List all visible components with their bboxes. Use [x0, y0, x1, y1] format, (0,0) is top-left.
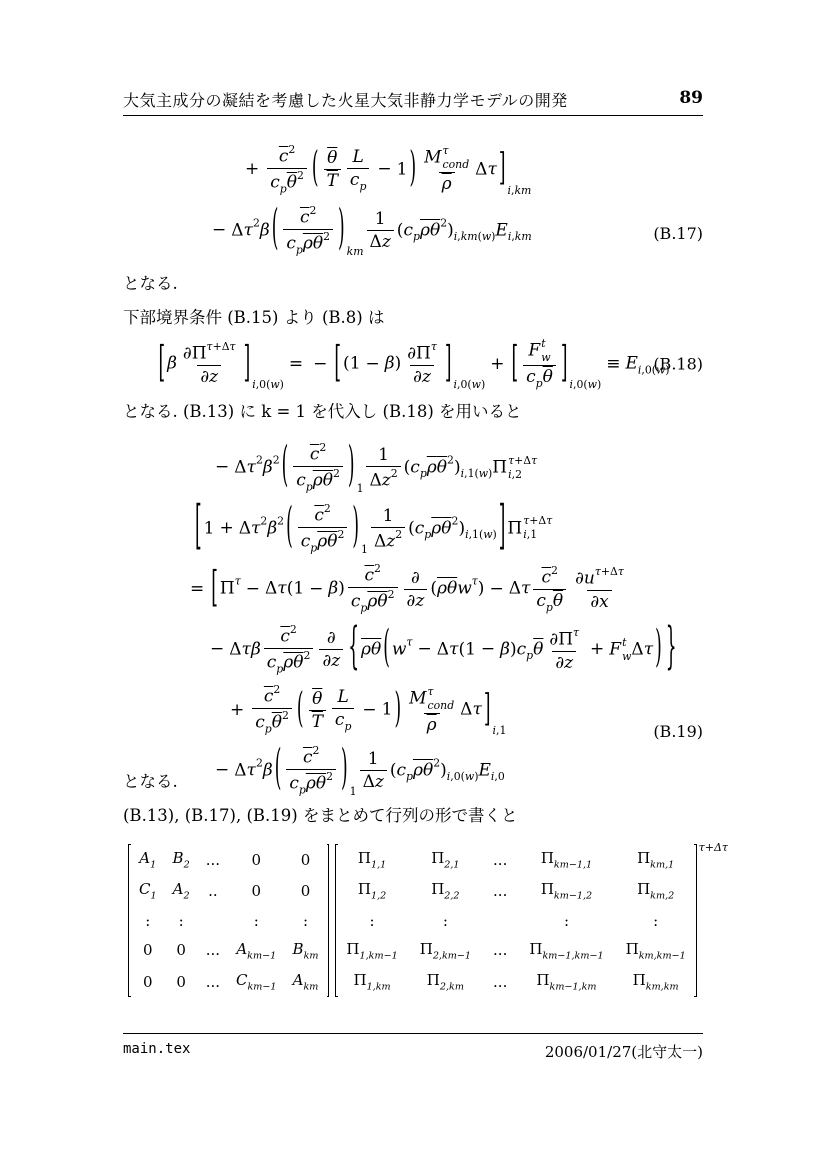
- paragraph-tonaru-1: となる.: [123, 272, 178, 295]
- equation-B19: −Δτ2β2(c2cpρθ2)11Δz2(cpρθ2)i,1(w)Πτ+Δτi,…: [123, 434, 703, 805]
- math-token: 1: [380, 505, 397, 527]
- math-token: km−1: [247, 950, 276, 961]
- math-token: 2: [309, 204, 316, 217]
- matrix-cell: :: [179, 912, 184, 930]
- math-token: t: [622, 636, 626, 649]
- math-fraction: c2cpρθ2: [293, 441, 343, 495]
- math-fraction: c2cpρθ2: [298, 502, 348, 556]
- math-fraction: Mτcondρ: [406, 685, 457, 736]
- math-token: p: [344, 720, 351, 733]
- math-token: t: [622, 636, 626, 650]
- math-token: ρ: [437, 579, 447, 599]
- math-token: ρ: [303, 233, 313, 253]
- math-token: F: [609, 639, 621, 659]
- math-token: ρ: [424, 713, 440, 736]
- math-token: β: [263, 760, 273, 780]
- math-token: w: [392, 639, 407, 659]
- math-token: C: [139, 880, 150, 898]
- math-superscript: 2: [551, 564, 558, 577]
- matrix-cell: Bkm: [293, 940, 319, 961]
- math-subscript: p: [265, 723, 272, 736]
- math-token: Ftw: [525, 337, 553, 365]
- math-token: km,km−1: [639, 950, 686, 961]
- equation-number-B19: (B.19): [653, 722, 703, 741]
- math-token: Π: [192, 344, 207, 364]
- math-superscript: 2: [312, 744, 319, 757]
- math-token: τ: [235, 575, 241, 588]
- math-fraction: ∂Πτ∂z: [404, 340, 440, 388]
- math-token: z: [209, 367, 218, 387]
- math-token: km: [304, 950, 319, 961]
- math-token: km−1,km: [550, 981, 597, 992]
- math-token: ∂: [200, 367, 209, 387]
- math-token: L: [350, 146, 367, 168]
- matrix-cell: :: [254, 912, 259, 930]
- math-token: ρ: [367, 592, 377, 612]
- math-subscript: p: [344, 720, 351, 733]
- math-token: 2: [256, 757, 263, 770]
- math-superscript: 2: [374, 562, 381, 575]
- math-token: ρ: [361, 639, 371, 659]
- math-token: 2,km−1: [433, 950, 471, 961]
- math-token: =: [190, 579, 204, 599]
- math-token: 1: [357, 482, 364, 495]
- footer-filename: main.tex: [123, 1041, 190, 1057]
- math-token: −: [313, 354, 327, 374]
- math-token: km: [347, 245, 364, 258]
- math-token: z: [422, 367, 431, 387]
- equation-B19-lines: −Δτ2β2(c2cpρθ2)11Δz2(cpρθ2)i,1(w)Πτ+Δτi,…: [123, 441, 703, 798]
- math-token: L: [353, 147, 364, 167]
- math-token: A: [139, 849, 150, 867]
- math-token: 2: [337, 528, 344, 541]
- math-token: −: [309, 579, 323, 599]
- math-token: −: [215, 457, 229, 477]
- math-token: −: [366, 354, 380, 374]
- math-token: c: [542, 567, 552, 587]
- math-token: Δ: [374, 531, 386, 551]
- matrix-cell: ..: [208, 882, 218, 900]
- math-superscript: 2: [319, 441, 326, 454]
- math-token: 1: [350, 785, 357, 798]
- math-token: ρ: [427, 457, 437, 477]
- math-delimiter: ): [352, 505, 359, 553]
- math-token: 2: [333, 467, 340, 480]
- math-token: cond: [443, 158, 470, 172]
- math-token: Δ: [363, 772, 375, 792]
- math-superscript: 2: [388, 588, 395, 601]
- math-token: Π: [431, 880, 444, 898]
- math-token: ∂: [322, 651, 331, 671]
- math-token: p: [536, 377, 543, 390]
- math-token: ∂: [413, 367, 422, 387]
- math-token: θ: [309, 688, 325, 710]
- math-token: 2: [319, 441, 326, 454]
- math-token: :: [443, 912, 448, 930]
- math-subscript: i,1(w): [465, 528, 497, 541]
- matrix-cell: B2: [173, 849, 190, 870]
- math-token: A: [173, 880, 184, 898]
- math-delimiter: (: [282, 444, 289, 492]
- matrix-cell: Π1,1: [358, 849, 386, 870]
- math-token: Π: [416, 344, 431, 364]
- math-token: ): [454, 457, 461, 477]
- math-subscript-low: 1: [361, 543, 368, 556]
- math-fraction: c2cpθ: [533, 564, 566, 615]
- math-superscript: 2: [253, 216, 260, 229]
- math-token: c: [267, 652, 277, 672]
- math-token: τ: [277, 579, 286, 599]
- math-token: Π: [637, 849, 650, 867]
- math-token: Π: [536, 971, 549, 989]
- math-fraction: 1Δz: [360, 748, 387, 793]
- math-delimiter: ]: [499, 502, 506, 555]
- math-token: ): [478, 579, 485, 599]
- math-token: 2: [324, 502, 331, 515]
- matrix-cell: :: [145, 912, 150, 930]
- matrix-cell: ...: [493, 851, 507, 869]
- math-fraction: c2cpρθ2: [348, 562, 398, 616]
- math-token: τ: [428, 685, 434, 699]
- math-token: ∂: [590, 592, 599, 612]
- math-token: ): [447, 220, 454, 240]
- math-token: w: [622, 650, 631, 664]
- math-token: km,1: [650, 859, 674, 870]
- math-token: Δ: [475, 159, 487, 179]
- math-token: Π: [420, 940, 433, 958]
- math-fraction: c2cpθ2: [267, 143, 307, 197]
- math-token: θ: [447, 579, 457, 599]
- math-token: β: [385, 354, 395, 374]
- math-token: 1: [499, 724, 506, 737]
- math-token: τ: [531, 454, 537, 467]
- math-token: τ: [247, 760, 256, 780]
- math-token: p: [359, 180, 366, 193]
- matrix-cell: 0: [143, 973, 153, 991]
- math-token: T: [312, 712, 323, 732]
- math-token: 2: [288, 143, 295, 156]
- equation-line: −Δτ2β(c2cpρθ2)km1Δz(cpρθ2)i,km(w)Ei,km: [123, 204, 703, 258]
- math-token: c: [364, 566, 374, 586]
- matrix-cell: Π2,km−1: [420, 940, 471, 961]
- math-token: ρ: [431, 518, 441, 538]
- math-token: cpθ2: [267, 168, 307, 197]
- math-token: c: [314, 505, 324, 525]
- math-token: ...: [493, 882, 507, 900]
- math-delimiter: ): [409, 149, 416, 190]
- math-subscript: i,0: [491, 770, 505, 783]
- matrix-cell: :: [370, 912, 375, 930]
- math-fraction: c2cpρθ2: [264, 623, 314, 677]
- math-token: ∂z: [410, 365, 434, 388]
- paragraph-boundary-condition: 下部境界条件 (B.15) より (B.8) は: [123, 306, 384, 329]
- math-delimiter: ]: [445, 343, 452, 386]
- math-token: T: [324, 169, 341, 192]
- math-token: Δ: [222, 340, 230, 353]
- coefficient-matrix: A1B2...00C1A2..00::::00...Akm−1Bkm00...C…: [131, 844, 327, 997]
- math-delimiter: [: [195, 502, 202, 555]
- math-token: E: [495, 220, 507, 240]
- math-token: 2,km: [440, 981, 464, 992]
- math-token: L: [338, 687, 349, 707]
- math-token: 0: [252, 851, 262, 869]
- math-subscript: i,0(w): [447, 770, 479, 783]
- math-superscript: τ: [406, 635, 412, 648]
- math-token: cpθ: [533, 589, 566, 615]
- math-token: τ: [573, 626, 579, 639]
- math-token: θ: [371, 639, 381, 659]
- math-token: ): [597, 378, 601, 391]
- math-token: ∂Πτ: [404, 340, 440, 365]
- math-token: c2: [297, 204, 319, 229]
- math-subscript: p: [420, 467, 427, 480]
- math-token: τ: [406, 635, 412, 648]
- math-token: Δz: [360, 770, 387, 793]
- math-token: τ: [546, 514, 552, 527]
- math-subscript: p: [280, 182, 287, 195]
- math-token: B: [173, 849, 184, 867]
- math-token: 1: [150, 859, 156, 870]
- math-token: w: [472, 378, 481, 391]
- math-token: A: [236, 940, 247, 958]
- math-token: 2: [273, 683, 280, 696]
- matrix-cell: Π1,2: [358, 880, 386, 901]
- math-token: M: [409, 688, 426, 708]
- math-token: 1,2: [371, 891, 386, 902]
- math-token: Δ: [369, 471, 381, 491]
- math-token: θ: [553, 591, 563, 611]
- math-token: ...: [493, 941, 507, 959]
- math-token: +: [230, 700, 244, 720]
- math-token: M: [424, 148, 441, 168]
- math-token: Mτcond: [406, 685, 457, 713]
- math-token: ...: [206, 851, 220, 869]
- matrix-cell: Π2,1: [431, 849, 459, 870]
- math-token: c: [517, 639, 527, 659]
- math-supsub-stack: τcond: [428, 685, 455, 713]
- math-token: Δz: [367, 230, 394, 253]
- math-token: Δ: [231, 220, 243, 240]
- matrix-cell: ...: [206, 941, 220, 959]
- math-token: cpρθ2: [283, 229, 333, 258]
- paper-page: 大気主成分の凝結を考慮した火星大気非静力学モデルの開発 89 +c2cpθ2(θ…: [0, 0, 826, 1169]
- math-token: p: [280, 182, 287, 195]
- math-token: 2: [515, 468, 522, 481]
- equation-B18-lines: [β∂Πτ+Δτ∂z]i,0(w)=−[(1−β)∂Πτ∂z]i,0(w)+[F…: [123, 337, 703, 391]
- math-token: (: [430, 579, 437, 599]
- math-token: Π: [558, 629, 573, 649]
- math-superscript: 2: [447, 454, 454, 467]
- math-subscript: p: [413, 230, 420, 243]
- math-delimiter: [: [211, 568, 218, 611]
- math-superscript: 2: [297, 169, 304, 182]
- math-token: 2,2: [444, 891, 459, 902]
- math-token: ...: [493, 973, 507, 991]
- math-token: ∂x: [587, 590, 611, 613]
- math-token: +: [219, 518, 233, 538]
- math-superscript: 2: [273, 454, 280, 467]
- math-fraction: Lcp: [332, 686, 355, 734]
- math-token: c2: [277, 623, 299, 648]
- math-token: +: [213, 340, 222, 353]
- math-token: ∂uτ+Δτ: [572, 565, 627, 590]
- math-token: θ: [272, 713, 282, 733]
- math-token: Π: [346, 940, 359, 958]
- math-token: τ+Δτ: [523, 514, 552, 528]
- math-supsub-stack: tw: [541, 337, 550, 365]
- math-token: z: [375, 772, 384, 792]
- math-token: Δ: [460, 700, 472, 720]
- math-token: w: [483, 528, 492, 541]
- matrix-cell: Π1,km−1: [346, 940, 397, 961]
- math-token: z: [386, 531, 395, 551]
- math-subscript: p: [359, 180, 366, 193]
- equation-number-B18: (B.18): [653, 355, 703, 374]
- math-token: ): [440, 760, 447, 780]
- math-token: ρ: [420, 220, 430, 240]
- math-token: km,km: [646, 981, 679, 992]
- math-token: Π: [358, 880, 371, 898]
- equation-number-B17: (B.17): [653, 224, 703, 243]
- math-token: ∂: [327, 628, 336, 648]
- math-superscript: 2: [282, 709, 289, 722]
- math-token: :: [254, 912, 259, 930]
- math-token: 0: [301, 882, 311, 900]
- math-token: ∂: [549, 629, 558, 649]
- math-token: Π: [353, 971, 366, 989]
- math-token: 2: [183, 891, 189, 902]
- math-token: p: [306, 480, 313, 493]
- footer-date-author: 2006/01/27(北守太一): [545, 1041, 703, 1062]
- math-token: ): [280, 378, 284, 391]
- math-token: c: [396, 760, 406, 780]
- math-subscript-low: 1: [357, 482, 364, 495]
- math-token: 1: [368, 749, 379, 769]
- paragraph-matrix-form: (B.13), (B.17), (B.19) をまとめて行列の形で書くと: [123, 804, 517, 827]
- math-token: c2: [361, 562, 383, 587]
- math-token: 1: [465, 639, 476, 659]
- math-token: 2: [395, 528, 402, 541]
- math-subscript: p: [299, 784, 306, 797]
- math-token: 2: [447, 454, 454, 467]
- matrix-cell: Π2,km: [427, 971, 464, 992]
- math-subscript-low: i,1: [492, 724, 506, 737]
- math-token: 0: [301, 851, 311, 869]
- math-token: c2: [307, 441, 329, 466]
- matrix-cell: Πkm−1,km: [536, 971, 596, 992]
- math-token: τ: [247, 457, 256, 477]
- math-fraction: 1Δz: [367, 208, 394, 253]
- equation-line: [1+Δτ2β2(c2cpρθ2)11Δz2(cpρθ2)i,1(w)]Πτ+Δ…: [123, 502, 703, 556]
- math-token: Δ: [509, 579, 521, 599]
- math-token: km: [461, 230, 478, 243]
- math-token: +: [245, 159, 259, 179]
- math-token: =: [289, 354, 303, 374]
- math-token: −: [210, 639, 224, 659]
- math-token: τ: [242, 639, 251, 659]
- math-token: w: [465, 770, 474, 783]
- math-token: km−1,2: [554, 891, 592, 902]
- math-delimiter: (: [272, 207, 279, 255]
- math-token: z: [564, 653, 573, 673]
- math-token: −: [489, 579, 503, 599]
- math-token: :: [653, 912, 658, 930]
- math-token: ): [481, 378, 485, 391]
- matrix-cell: :: [564, 912, 569, 930]
- math-token: τ: [487, 159, 496, 179]
- math-superscript: 2: [304, 649, 311, 662]
- math-supsub-stack: tw: [622, 636, 631, 664]
- math-superscript: 2: [391, 467, 398, 480]
- math-token: ): [510, 639, 517, 659]
- math-token: −: [362, 700, 376, 720]
- math-fraction: ∂Πτ∂z: [546, 626, 582, 674]
- math-token: i,1: [523, 528, 537, 542]
- math-token: τ+Δτ: [508, 454, 537, 468]
- equation-line: −Δτ2β(c2cpρθ2)11Δz(cpρθ2)i,0(w)Ei,0: [123, 744, 703, 798]
- math-superscript: 2: [323, 230, 330, 243]
- math-token: c2: [539, 564, 561, 589]
- math-delimiter: ): [655, 628, 662, 672]
- math-superscript: 2: [277, 514, 284, 527]
- math-token: Π: [637, 880, 650, 898]
- math-fraction: ∂∂z: [319, 627, 343, 672]
- math-delimiter: (: [297, 690, 304, 731]
- math-token: u: [584, 569, 595, 589]
- math-token: 1: [365, 748, 382, 770]
- math-token: +: [514, 454, 523, 467]
- math-subscript: p: [546, 600, 553, 613]
- math-delimiter: }: [666, 625, 677, 674]
- math-token: 0: [645, 364, 652, 377]
- math-token: β: [328, 579, 338, 599]
- equation-B18: [β∂Πτ+Δτ∂z]i,0(w)=−[(1−β)∂Πτ∂z]i,0(w)+[F…: [123, 330, 703, 398]
- math-token: τ: [443, 144, 449, 157]
- math-token: −: [215, 760, 229, 780]
- math-token: cp: [347, 168, 370, 194]
- math-token: c: [351, 592, 361, 612]
- math-subscript-low: i,km: [507, 184, 531, 197]
- math-token: θ: [437, 457, 447, 477]
- math-token: c: [296, 471, 306, 491]
- math-delimiter: (: [275, 747, 282, 795]
- math-token: w: [588, 378, 597, 391]
- math-token: c: [526, 367, 536, 387]
- math-token: w: [479, 467, 488, 480]
- matrix-equation: A1B2...00C1A2..00::::00...Akm−1Bkm00...C…: [128, 844, 728, 997]
- paragraph-tonaru-2: となる.: [123, 770, 178, 793]
- matrix-cell: ...: [206, 851, 220, 869]
- math-delimiter: [: [158, 343, 165, 386]
- math-token: w: [541, 351, 550, 365]
- math-token: E: [625, 354, 637, 374]
- math-token: θ: [377, 592, 387, 612]
- math-fraction: Mτcondρ: [421, 144, 472, 195]
- math-token: p: [413, 230, 420, 243]
- math-token: 2: [304, 649, 311, 662]
- matrix-cell: 0: [301, 882, 311, 900]
- math-token: θ: [327, 148, 337, 168]
- math-token: E: [478, 760, 490, 780]
- math-subscript: i,1(w): [461, 467, 493, 480]
- math-token: km−1,km−1: [542, 950, 603, 961]
- math-token: ∂Πτ+Δτ: [180, 340, 239, 365]
- math-token: −: [481, 639, 495, 659]
- math-token: c: [350, 170, 360, 190]
- math-superscript: 2: [333, 467, 340, 480]
- matrix-wrapper: A1B2...00C1A2..00::::00...Akm−1Bkm00...C…: [128, 844, 728, 997]
- math-token: w: [482, 230, 491, 243]
